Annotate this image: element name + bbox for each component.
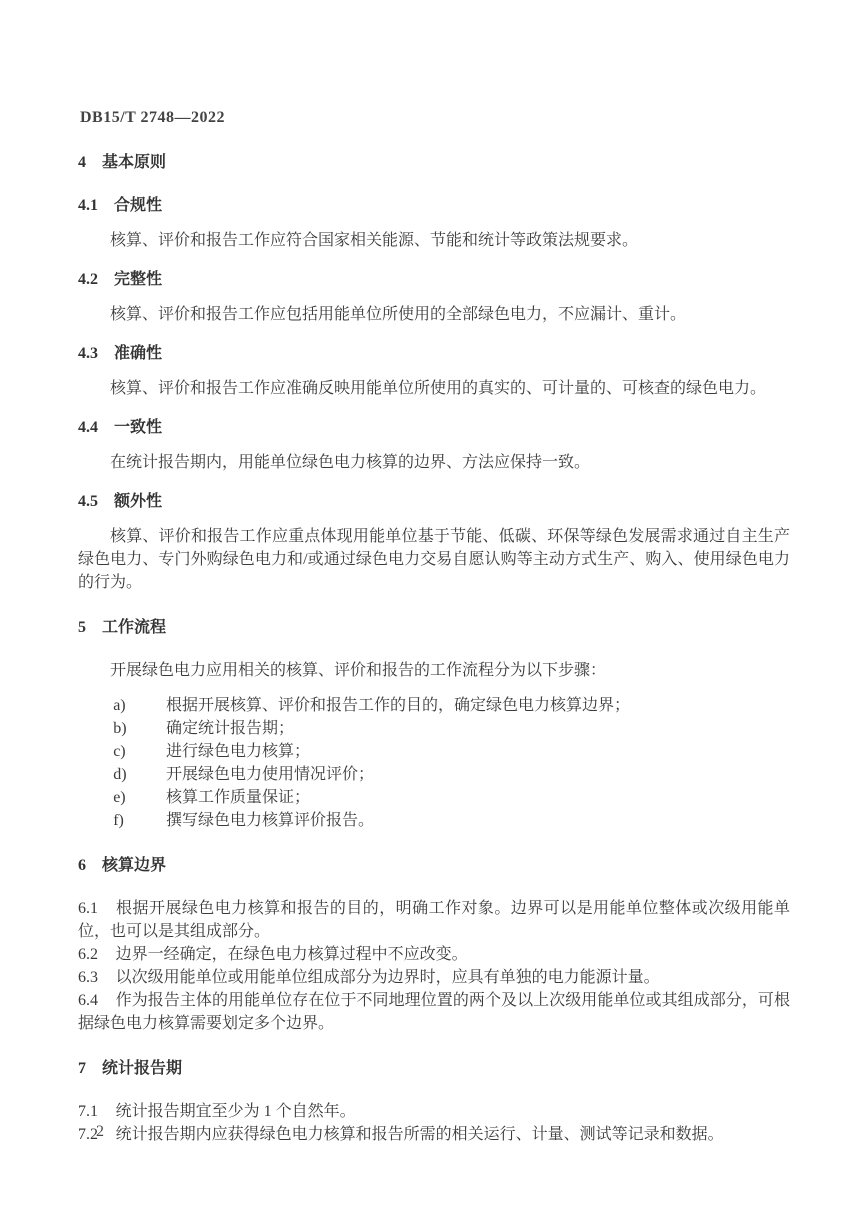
step-text: 确定统计报告期；: [166, 720, 294, 737]
clause-number: 6.3: [78, 969, 98, 986]
running-header: DB15/T 2748—2022: [80, 106, 790, 129]
clause-7-1: 7.1统计报告期宜至少为 1 个自然年。: [78, 1100, 790, 1123]
page-number: 2: [96, 1120, 104, 1143]
step-text: 开展绿色电力使用情况评价；: [166, 766, 374, 783]
clause-number: 7.1: [78, 1103, 98, 1120]
clause-title: 一致性: [114, 419, 162, 436]
clause-6-1: 6.1根据开展绿色电力核算和报告的目的，明确工作对象。边界可以是用能单位整体或次…: [78, 897, 790, 943]
document-page: DB15/T 2748—2022 4基本原则 4.1合规性 核算、评价和报告工作…: [0, 0, 868, 1227]
step-label: d): [113, 763, 166, 786]
clause-text: 以次级用能单位或用能单位组成部分为边界时，应具有单独的电力能源计量。: [116, 969, 660, 986]
clause-heading-4-3: 4.3准确性: [78, 342, 790, 365]
clause-text: 边界一经确定，在绿色电力核算过程中不应改变。: [116, 946, 468, 963]
clause-6-4: 6.4作为报告主体的用能单位存在位于不同地理位置的两个及以上次级用能单位或其组成…: [78, 989, 790, 1035]
step-item-d: d)开展绿色电力使用情况评价；: [78, 763, 790, 786]
section-number: 7: [78, 1060, 86, 1077]
step-list: a)根据开展核算、评价和报告工作的目的，确定绿色电力核算边界； b)确定统计报告…: [78, 694, 790, 832]
clause-number: 4.5: [78, 493, 98, 510]
section-number: 5: [78, 619, 86, 636]
step-text: 核算工作质量保证；: [166, 789, 310, 806]
step-item-e: e)核算工作质量保证；: [78, 786, 790, 809]
body-paragraph-4-4: 在统计报告期内，用能单位绿色电力核算的边界、方法应保持一致。: [78, 451, 790, 474]
clause-heading-4-5: 4.5额外性: [78, 490, 790, 513]
step-text: 撰写绿色电力核算评价报告。: [166, 812, 374, 829]
clause-title: 额外性: [114, 493, 162, 510]
clause-heading-4-4: 4.4一致性: [78, 416, 790, 439]
section-heading-6: 6核算边界: [78, 854, 790, 877]
clause-6-2: 6.2边界一经确定，在绿色电力核算过程中不应改变。: [78, 943, 790, 966]
clause-heading-4-2: 4.2完整性: [78, 268, 790, 291]
step-label: a): [113, 694, 166, 717]
step-label: e): [113, 786, 166, 809]
step-label: c): [113, 740, 166, 763]
clause-text: 作为报告主体的用能单位存在位于不同地理位置的两个及以上次级用能单位或其组成部分，…: [78, 992, 790, 1032]
clause-heading-4-1: 4.1合规性: [78, 194, 790, 217]
clause-number: 4.1: [78, 197, 98, 214]
clause-text: 根据开展绿色电力核算和报告的目的，明确工作对象。边界可以是用能单位整体或次级用能…: [78, 900, 790, 940]
section-number: 4: [78, 154, 86, 171]
section-title: 基本原则: [102, 154, 166, 171]
clause-number: 4.2: [78, 271, 98, 288]
step-label: b): [113, 717, 166, 740]
body-paragraph-4-1: 核算、评价和报告工作应符合国家相关能源、节能和统计等政策法规要求。: [78, 229, 790, 252]
step-label: f): [113, 809, 166, 832]
clause-number: 4.3: [78, 345, 98, 362]
step-item-c: c)进行绿色电力核算；: [78, 740, 790, 763]
clause-number: 6.2: [78, 946, 98, 963]
clause-number: 6.1: [78, 900, 98, 917]
section-number: 6: [78, 857, 86, 874]
body-paragraph-4-3: 核算、评价和报告工作应准确反映用能单位所使用的真实的、可计量的、可核查的绿色电力…: [78, 377, 790, 400]
clause-title: 合规性: [114, 197, 162, 214]
clause-title: 准确性: [114, 345, 162, 362]
clause-number: 6.4: [78, 992, 98, 1009]
clause-7-2: 7.2统计报告期内应获得绿色电力核算和报告所需的相关运行、计量、测试等记录和数据…: [78, 1123, 790, 1146]
clause-title: 完整性: [114, 271, 162, 288]
body-paragraph-4-5: 核算、评价和报告工作应重点体现用能单位基于节能、低碳、环保等绿色发展需求通过自主…: [78, 525, 790, 594]
clause-6-3: 6.3以次级用能单位或用能单位组成部分为边界时，应具有单独的电力能源计量。: [78, 966, 790, 989]
section-heading-7: 7统计报告期: [78, 1057, 790, 1080]
body-paragraph-4-2: 核算、评价和报告工作应包括用能单位所使用的全部绿色电力，不应漏计、重计。: [78, 303, 790, 326]
section-title: 工作流程: [102, 619, 166, 636]
step-text: 根据开展核算、评价和报告工作的目的，确定绿色电力核算边界；: [166, 697, 630, 714]
step-item-f: f)撰写绿色电力核算评价报告。: [78, 809, 790, 832]
section-title: 核算边界: [102, 857, 166, 874]
clause-number: 4.4: [78, 419, 98, 436]
section-5-intro: 开展绿色电力应用相关的核算、评价和报告的工作流程分为以下步骤：: [78, 659, 790, 682]
clause-number: 7.2: [78, 1126, 98, 1143]
section-title: 统计报告期: [102, 1060, 182, 1077]
step-item-a: a)根据开展核算、评价和报告工作的目的，确定绿色电力核算边界；: [78, 694, 790, 717]
section-heading-5: 5工作流程: [78, 616, 790, 639]
clause-text: 统计报告期内应获得绿色电力核算和报告所需的相关运行、计量、测试等记录和数据。: [116, 1126, 724, 1143]
step-text: 进行绿色电力核算；: [166, 743, 310, 760]
step-item-b: b)确定统计报告期；: [78, 717, 790, 740]
clause-text: 统计报告期宜至少为 1 个自然年。: [116, 1103, 356, 1120]
section-heading-4: 4基本原则: [78, 151, 790, 174]
